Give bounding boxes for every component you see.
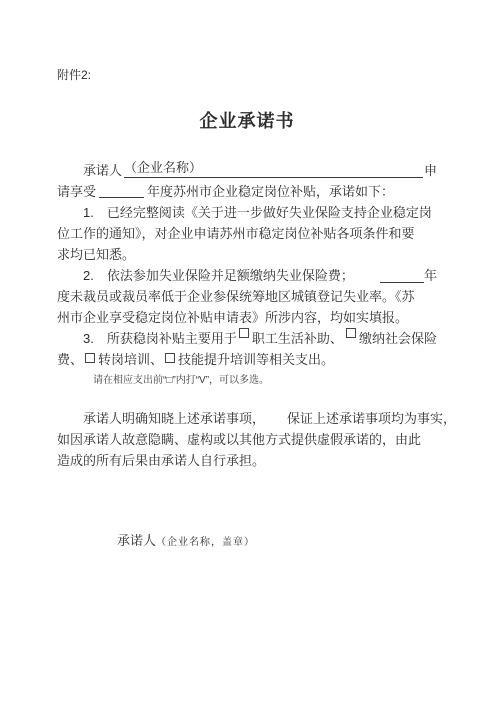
item2-line1-tail: 年	[424, 265, 437, 286]
item3-option4-label: 技能提升培训等相关支出。	[178, 352, 334, 367]
item3-line1-text: 3. 所获稳岗补贴主要用于	[83, 328, 237, 349]
item2-line-2: 度未裁员或裁员率低于企业参保统筹地区城镇登记失业率。《苏	[57, 286, 437, 307]
year-blank	[99, 183, 144, 198]
item3-line2-pre: 费、	[57, 352, 83, 367]
promisor-label: 承诺人	[83, 160, 122, 181]
item3-line-2: 费、转岗培训、技能提升培训等相关支出。	[57, 349, 437, 370]
item2-line1-text: 2. 依法参加失业保险并足额缴纳失业保险费；	[83, 265, 354, 286]
closing-paragraph: 承诺人明确知晓上述承诺事项，保证上述承诺事项均为事实， 如因承诺人故意隐瞒、虚构…	[57, 408, 437, 471]
checkbox-icon	[346, 328, 356, 338]
document-title: 企业承诺书	[57, 111, 437, 131]
item3-option3-label: 转岗培训、	[98, 352, 163, 367]
item2-line-1: 2. 依法参加失业保险并足额缴纳失业保险费； 年	[57, 265, 437, 286]
item1-line-1: 1. 已经完整阅读《关于进一步做好失业保险支持企业稳定岗	[57, 202, 437, 223]
opening-line2-pre: 请享受	[57, 184, 96, 199]
closing-line1-post: 保证上述承诺事项均为事实，	[287, 411, 456, 426]
checkbox-icon	[239, 328, 249, 338]
closing-line1-pre: 承诺人明确知晓上述承诺事项，	[83, 411, 265, 426]
opening-line-2: 请享受年度苏州市企业稳定岗位补贴，承诺如下：	[57, 181, 437, 202]
signature-name: 承诺人	[117, 533, 156, 548]
company-name-blank-label: （企业名称）	[124, 159, 202, 177]
opening-line-1: 承诺人 （企业名称） 申	[57, 160, 437, 181]
closing-line-3: 造成的所有后果由承诺人自行承担。	[57, 450, 437, 471]
item3-option1-label: 职工生活补助、	[252, 328, 343, 349]
closing-line-1: 承诺人明确知晓上述承诺事项，保证上述承诺事项均为事实，	[57, 408, 437, 429]
opening-wrap-char: 申	[424, 160, 437, 181]
item3-line-1: 3. 所获稳岗补贴主要用于职工生活补助、 缴纳社会保险	[57, 328, 437, 349]
signature-note: （企业名称，盖章）	[156, 537, 255, 548]
spacer	[343, 328, 344, 349]
checkbox-icon	[165, 353, 175, 363]
signature-line: 承诺人（企业名称，盖章）	[57, 530, 437, 549]
opening-line2-post: 年度苏州市企业稳定岗位补贴，承诺如下：	[147, 184, 394, 199]
document-body: 承诺人 （企业名称） 申 请享受年度苏州市企业稳定岗位补贴，承诺如下： 1. 已…	[57, 160, 437, 549]
item1-line-3: 求均已知悉。	[57, 244, 437, 265]
item2-line-3: 州市企业享受稳定岗位补贴申请表》所涉内容，均如实填报。	[57, 307, 437, 328]
item3-option2-label: 缴纳社会保险	[359, 328, 437, 349]
closing-line-2: 如因承诺人故意隐瞒、虚构或以其他方式提供虚假承诺的，由此	[57, 429, 437, 450]
document-page: 附件2: 企业承诺书 承诺人 （企业名称） 申 请享受年度苏州市企业稳定岗位补贴…	[0, 0, 500, 708]
company-name-blank: （企业名称）	[124, 160, 423, 178]
attachment-label: 附件2:	[57, 68, 437, 82]
checkbox-instruction-note: 请在相应支出前“□”内打“V”，可以多选。	[57, 370, 437, 391]
item1-line-2: 位工作的通知》，对企业申请苏州市稳定岗位补贴各项条件和要	[57, 223, 437, 244]
checkbox-icon	[85, 353, 95, 363]
year-blank-2	[380, 268, 424, 283]
spacer	[354, 265, 380, 286]
